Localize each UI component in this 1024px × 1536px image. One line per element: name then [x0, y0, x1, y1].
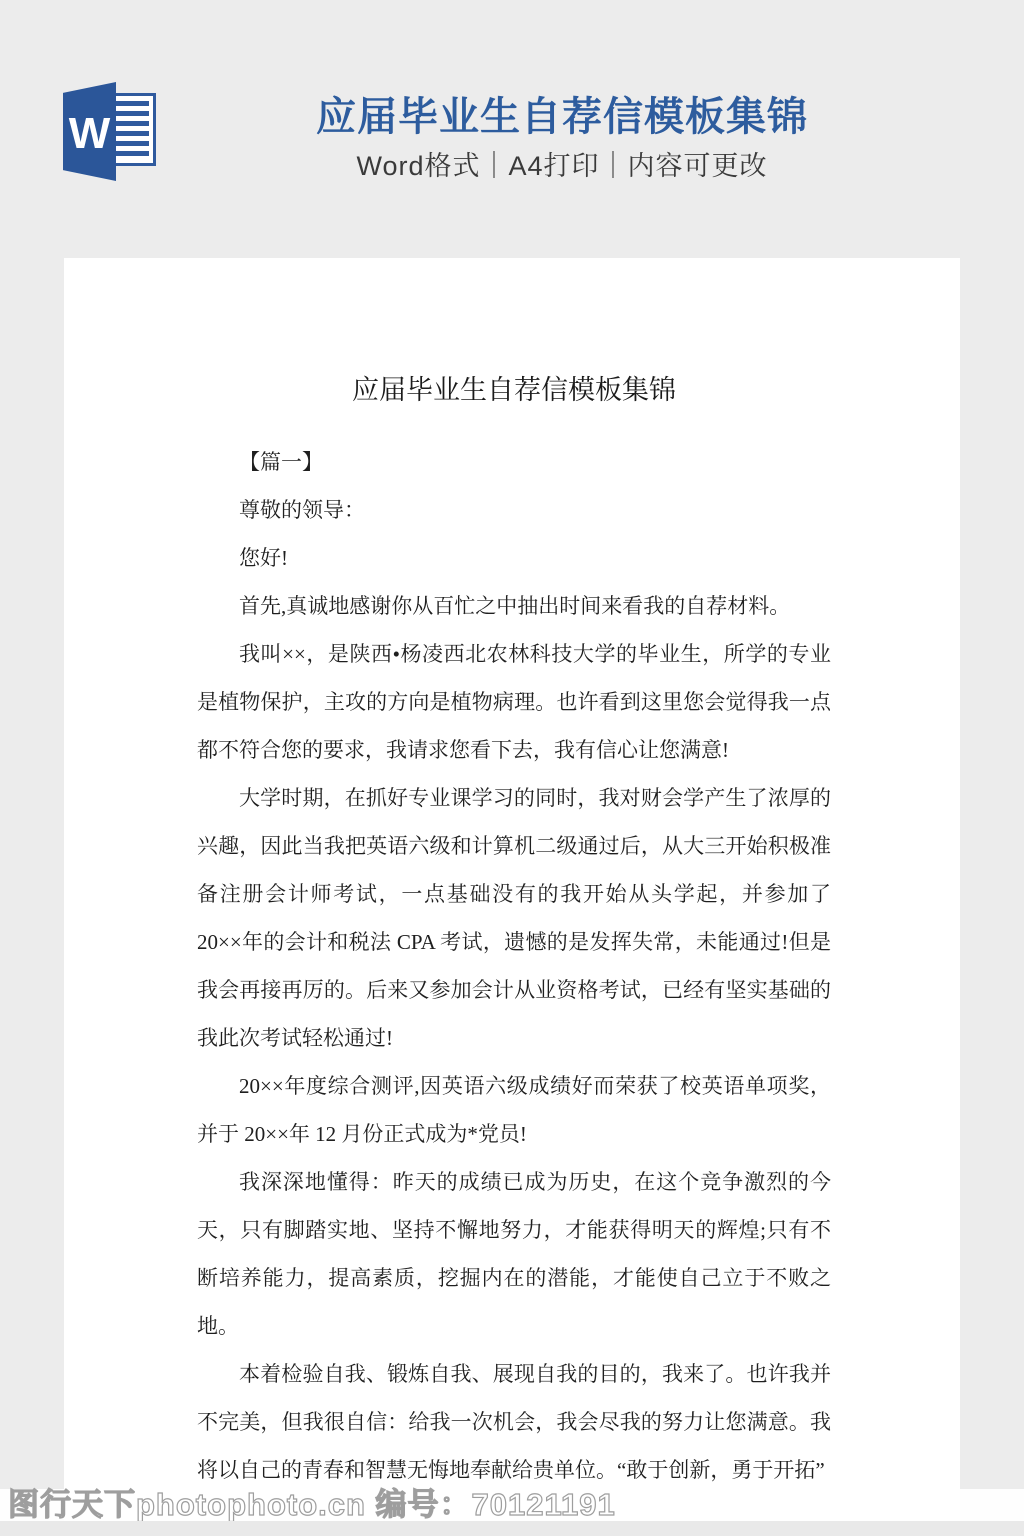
- document-paragraph: 我深深地懂得：昨天的成绩已成为历史，在这个竞争激烈的今天，只有脚踏实地、坚持不懈…: [197, 1158, 831, 1350]
- document-paragraph: 您好!: [197, 534, 831, 582]
- section-label: 【篇一】: [197, 438, 831, 486]
- document-title: 应届毕业生自荐信模板集锦: [197, 372, 831, 408]
- template-header: W 应届毕业生自荐信模板集锦 Word格式｜A4打印｜内容可更改: [0, 0, 1024, 200]
- document-paragraph: 首先,真诚地感谢你从百忙之中抽出时间来看我的自荐材料。: [197, 582, 831, 630]
- document-page: 应届毕业生自荐信模板集锦 【篇一】 尊敬的领导：您好!首先,真诚地感谢你从百忙之…: [64, 258, 960, 1536]
- document-body: 【篇一】 尊敬的领导：您好!首先,真诚地感谢你从百忙之中抽出时间来看我的自荐材料…: [197, 438, 831, 1494]
- word-icon-letter: W: [69, 109, 111, 159]
- watermark-text: 图行天下photophoto.cn 编号：70121191: [0, 1489, 616, 1521]
- document-paragraph: 本着检验自我、锻炼自我、展现自我的目的，我来了。也许我并不完美，但我很自信：给我…: [197, 1350, 831, 1494]
- canvas: W 应届毕业生自荐信模板集锦 Word格式｜A4打印｜内容可更改 应届毕业生自荐…: [0, 0, 1024, 1536]
- document-paragraph: 20××年度综合测评,因英语六级成绩好而荣获了校英语单项奖，并于 20××年 1…: [197, 1062, 831, 1158]
- paragraph-list: 尊敬的领导：您好!首先,真诚地感谢你从百忙之中抽出时间来看我的自荐材料。我叫××…: [197, 486, 831, 1494]
- watermark-bar: 图行天下photophoto.cn 编号：70121191: [0, 1489, 1024, 1521]
- word-icon-panel: W: [63, 82, 116, 181]
- page-subtitle: Word格式｜A4打印｜内容可更改: [150, 150, 974, 182]
- page-title: 应届毕业生自荐信模板集锦: [150, 94, 974, 140]
- header-text-block: 应届毕业生自荐信模板集锦 Word格式｜A4打印｜内容可更改: [150, 94, 974, 182]
- document-paragraph: 大学时期，在抓好专业课学习的同时，我对财会学产生了浓厚的兴趣，因此当我把英语六级…: [197, 774, 831, 1062]
- document-paragraph: 尊敬的领导：: [197, 486, 831, 534]
- document-paragraph: 我叫××，是陕西•杨凌西北农林科技大学的毕业生，所学的专业是植物保护，主攻的方向…: [197, 630, 831, 774]
- bottom-strip: [0, 1521, 1024, 1536]
- word-icon: W: [63, 82, 156, 181]
